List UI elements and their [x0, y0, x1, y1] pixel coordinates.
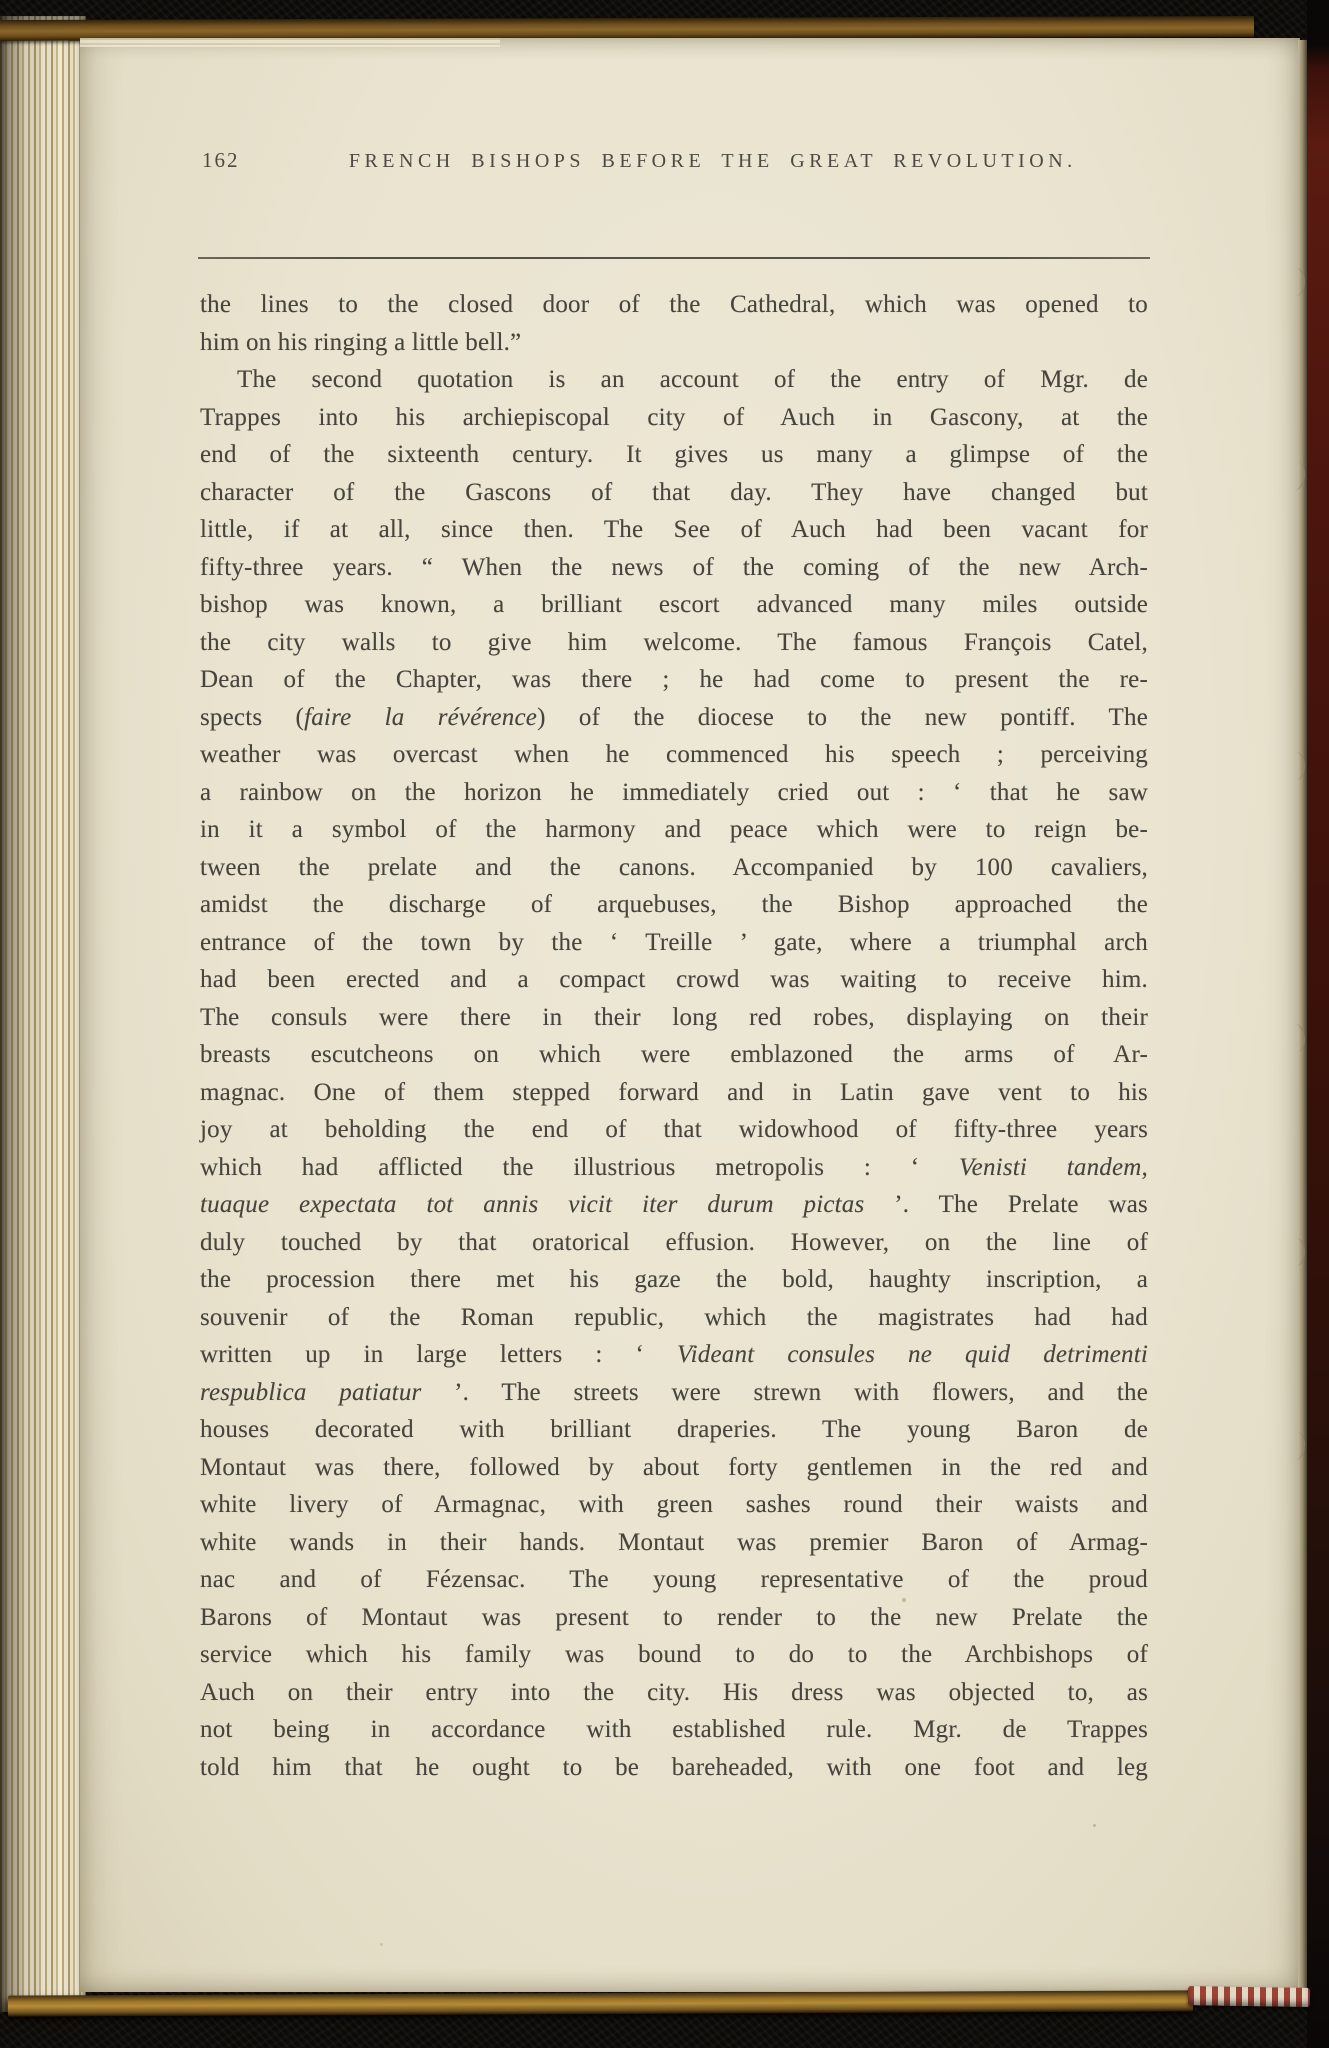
text-line: the lines to the closed door of the Cath…: [200, 286, 1148, 324]
text-line: Dean of the Chapter, was there ; he had …: [200, 661, 1148, 699]
book-scan-scene: 162 FRENCH BISHOPS BEFORE THE GREAT REVO…: [0, 0, 1329, 2048]
text-line: entrance of the town by the ‘ Treille ’ …: [200, 924, 1148, 962]
text-line: breasts escutcheons on which were emblaz…: [200, 1036, 1148, 1074]
text-line: which had afflicted the illustrious metr…: [200, 1149, 1148, 1187]
endband-striped: [1188, 1986, 1310, 2007]
text-line: bishop was known, a brilliant escort adv…: [200, 586, 1148, 624]
text-line: Montaut was there, followed by about for…: [200, 1449, 1148, 1487]
paper-speck: [902, 1598, 906, 1602]
text-line: souvenir of the Roman republic, which th…: [200, 1299, 1148, 1337]
text-line: white livery of Armagnac, with green sas…: [200, 1486, 1148, 1524]
text-line: Auch on their entry into the city. His d…: [200, 1674, 1148, 1712]
paper-speck: [1093, 1824, 1096, 1827]
stacked-page-edges-left: [0, 16, 86, 2012]
text-line: tuaque expectata tot annis vicit iter du…: [200, 1186, 1148, 1224]
text-line: Barons of Montaut was present to render …: [200, 1599, 1148, 1637]
text-line: amidst the discharge of arquebuses, the …: [200, 886, 1148, 924]
text-line: end of the sixteenth century. It gives u…: [200, 436, 1148, 474]
text-line: respublica patiatur ’. The streets were …: [200, 1374, 1148, 1412]
running-title: FRENCH BISHOPS BEFORE THE GREAT REVOLUTI…: [276, 150, 1151, 173]
text-line: not being in accordance with established…: [200, 1711, 1148, 1749]
page-curl-mark: [1288, 752, 1305, 780]
text-line: houses decorated with brilliant draperie…: [200, 1411, 1148, 1449]
page-curl-mark: [1288, 1238, 1305, 1266]
page-number: 162: [202, 148, 240, 173]
stacked-page-edges-top: [80, 38, 500, 47]
text-line: a rainbow on the horizon he immediately …: [200, 774, 1148, 812]
page-header: 162 FRENCH BISHOPS BEFORE THE GREAT REVO…: [202, 148, 1150, 173]
page-curl-mark: [1288, 268, 1305, 296]
text-line: the city walls to give him welcome. The …: [200, 624, 1148, 662]
text-line: told him that he ought to be bareheaded,…: [200, 1749, 1148, 1787]
text-line: spects (faire la révérence) of the dioce…: [200, 699, 1148, 737]
text-line: the procession there met his gaze the bo…: [200, 1261, 1148, 1299]
gilt-bottom-edge: [8, 1990, 1193, 2016]
text-line: had been erected and a compact crowd was…: [200, 961, 1148, 999]
text-line: The second quotation is an account of th…: [200, 361, 1148, 399]
text-line: Trappes into his archiepiscopal city of …: [200, 399, 1148, 437]
body-text: the lines to the closed door of the Cath…: [200, 286, 1148, 1786]
text-line: duly touched by that oratorical effusion…: [200, 1224, 1148, 1262]
text-line: in it a symbol of the harmony and peace …: [200, 811, 1148, 849]
text-line: The consuls were there in their long red…: [200, 999, 1148, 1037]
text-line: joy at beholding the end of that widowho…: [200, 1111, 1148, 1149]
text-line: white wands in their hands. Montaut was …: [200, 1524, 1148, 1562]
book-cover-right-maroon: [1307, 0, 1329, 2048]
text-line: magnac. One of them stepped forward and …: [200, 1074, 1148, 1112]
text-line: nac and of Fézensac. The young represent…: [200, 1561, 1148, 1599]
paper-speck: [380, 1943, 383, 1946]
text-line: tween the prelate and the canons. Accomp…: [200, 849, 1148, 887]
text-line: little, if at all, since then. The See o…: [200, 511, 1148, 549]
book-page: 162 FRENCH BISHOPS BEFORE THE GREAT REVO…: [80, 38, 1300, 1992]
text-line: fifty-three years. “ When the news of th…: [200, 549, 1148, 587]
header-divider-rule: [198, 257, 1150, 259]
text-line: weather was overcast when he commenced h…: [200, 736, 1148, 774]
text-line: service which his family was bound to do…: [200, 1636, 1148, 1674]
text-line: character of the Gascons of that day. Th…: [200, 474, 1148, 512]
text-line: him on his ringing a little bell.”: [200, 324, 1148, 362]
text-line: written up in large letters : ‘ Videant …: [200, 1336, 1148, 1374]
